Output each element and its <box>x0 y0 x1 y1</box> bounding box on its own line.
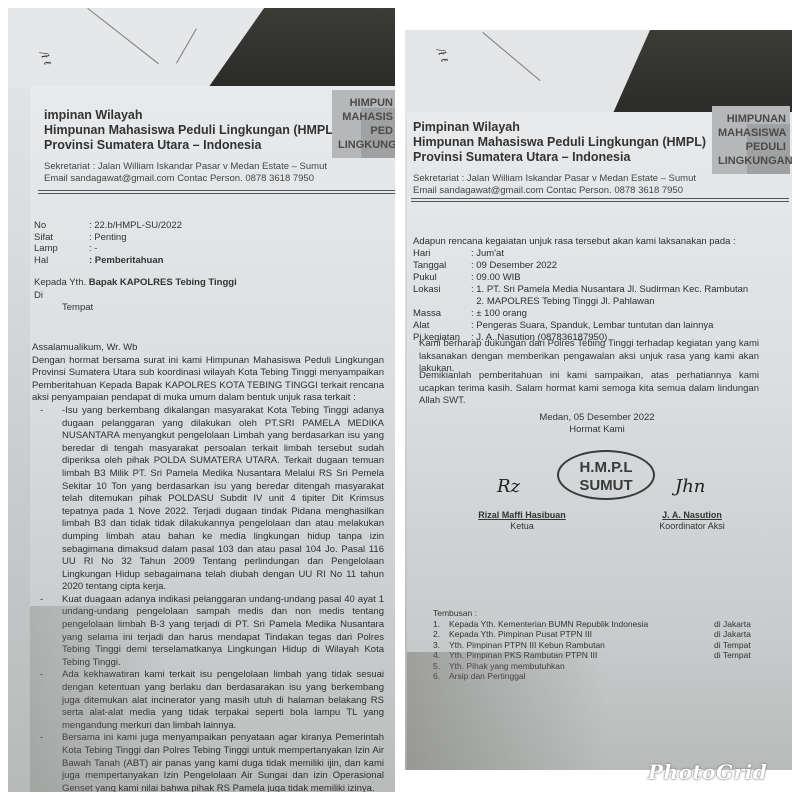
closing-paragraph: Demikianlah pemberitahuan ini kami sampa… <box>419 370 759 408</box>
organization-stamp: H.M.P.L SUMUT <box>557 450 655 500</box>
letterhead-org-name: Himpunan Mahasiswa Peduli Lingkungan (HM… <box>44 123 337 138</box>
schedule-date: Tanggal: 09 Desember 2022 <box>413 260 748 272</box>
letter-attachment: : - <box>89 243 97 255</box>
schedule-location-2: 2. MAPOLRES Tebing Tinggi Jl. Pahlawan <box>413 296 748 308</box>
letterhead-contact: Email sandagawat@gmail.com Contac Person… <box>44 173 337 185</box>
letterhead-address: Sekretariat : Jalan William Iskandar Pas… <box>413 173 706 185</box>
letterhead-address: Sekretariat : Jalan William Iskandar Pas… <box>44 161 337 173</box>
hmpl-logo: HIMPUN MAHASIS PED LINGKUNG <box>332 90 395 158</box>
cc-item: 3.Yth. Pimpinan PTPN III Kebun Rambutand… <box>433 640 751 651</box>
photogrid-watermark: PhotoGrid <box>648 760 767 784</box>
cc-item: 1.Kepada Yth. Kementerian BUMN Republik … <box>433 619 751 630</box>
closing-salutation: Hormat Kami <box>527 424 667 436</box>
letterhead-contact: Email sandagawat@gmail.com Contac Person… <box>413 185 706 197</box>
cc-item: 2.Kepada Yth. Pimpinan Pusat PTPN IIIdi … <box>433 629 751 640</box>
signer-role: Koordinator Aksi <box>637 521 747 532</box>
letterhead-org-level: Pimpinan Wilayah <box>413 120 706 135</box>
cc-item: 5.Yth. Pihak yang membutuhkan <box>433 661 751 672</box>
greeting: Assalamualikum, Wr. Wb <box>32 342 384 355</box>
schedule-crowd: Massa: ± 100 orang <box>413 308 748 320</box>
concern-item: -Kuat duagaan adanya indikasi pelanggara… <box>32 594 384 670</box>
letterhead-province: Provinsi Sumatera Utara – Indonesia <box>44 138 337 153</box>
schedule-location: Lokasi: 1. PT. Sri Pamela Media Nusantar… <box>413 284 748 296</box>
concern-item: -Bersama ini kami juga menyampaikan peny… <box>32 732 384 792</box>
cc-item: 6.Arsip dan Pertinggal <box>433 671 751 682</box>
letterhead-divider <box>411 198 789 202</box>
signer-coordinator: J. A. Nasution Koordinator Aksi <box>637 510 747 532</box>
letter-number: : 22.b/HMPL-SU/2022 <box>89 220 182 232</box>
recipient-block: Kepada Yth. Bapak KAPOLRES Tebing Tinggi… <box>34 277 237 315</box>
schedule-table: Hari: Jum'at Tanggal: 09 Desember 2022 P… <box>413 248 748 344</box>
cc-item: 4.Yth. Pimpinan PKS Rambutan PTPN IIIdi … <box>433 650 751 661</box>
signature-coordinator: Jhn <box>675 476 705 497</box>
letter-page-2: Pimpinan Wilayah Himpunan Mahasiswa Pedu… <box>407 112 792 770</box>
concern-item: -Ada kekhawatiran kami terkait isu penge… <box>32 669 384 732</box>
signer-name: J. A. Nasution <box>637 510 747 521</box>
cc-title: Tembusan : <box>433 608 751 619</box>
concern-item: --Isu yang berkembang dikalangan masyara… <box>32 405 384 594</box>
place-date: Medan, 05 Desember 2022 <box>527 412 667 424</box>
schedule-intro: Adapun rencana kegaiatan unjuk rasa ters… <box>413 236 736 248</box>
letterhead-org-level: impinan Wilayah <box>44 108 337 123</box>
letter-page-1: impinan Wilayah Himpunan Mahasiswa Pedul… <box>30 86 395 792</box>
signature-chairman: Rz <box>497 476 520 497</box>
schedule-equipment: Alat: Pengeras Suara, Spanduk, Lembar tu… <box>413 320 748 332</box>
recipient-name: Bapak KAPOLRES Tebing Tinggi <box>89 277 237 288</box>
letterhead-org-name: Himpunan Mahasiswa Peduli Lingkungan (HM… <box>413 135 706 150</box>
letter-body: Assalamualikum, Wr. Wb Dengan hormat ber… <box>32 342 384 792</box>
intro-paragraph: Dengan hormat bersama surat ini kami Him… <box>32 355 384 405</box>
concern-list: --Isu yang berkembang dikalangan masyara… <box>32 405 384 792</box>
letterhead: impinan Wilayah Himpunan Mahasiswa Pedul… <box>44 108 337 185</box>
letterhead: Pimpinan Wilayah Himpunan Mahasiswa Pedu… <box>413 120 706 197</box>
signer-chairman: Rizal Maffi Hasibuan Ketua <box>467 510 577 532</box>
letterhead-divider <box>38 190 395 194</box>
letter-subject: : Pemberitahuan <box>89 255 163 267</box>
signer-role: Ketua <box>467 521 577 532</box>
letter-meta: No: 22.b/HMPL-SU/2022 Sifat: Penting Lam… <box>34 220 182 266</box>
letter-nature: : Penting <box>89 232 127 244</box>
schedule-time: Pukul: 09.00 WIB <box>413 272 748 284</box>
right-letter-photo: /ł ℓ Pimpinan Wilayah Himpunan Mahasiswa… <box>405 30 792 770</box>
letterhead-province: Provinsi Sumatera Utara – Indonesia <box>413 150 706 165</box>
left-letter-photo: /ł ℓ impinan Wilayah Himpunan Mahasiswa … <box>8 8 395 792</box>
schedule-day: Hari: Jum'at <box>413 248 748 260</box>
signer-name: Rizal Maffi Hasibuan <box>467 510 577 521</box>
carbon-copy-list: Tembusan : 1.Kepada Yth. Kementerian BUM… <box>433 608 751 682</box>
hmpl-logo: HIMPUNAN MAHASISWA PEDULI LINGKUNGAN <box>712 106 790 174</box>
